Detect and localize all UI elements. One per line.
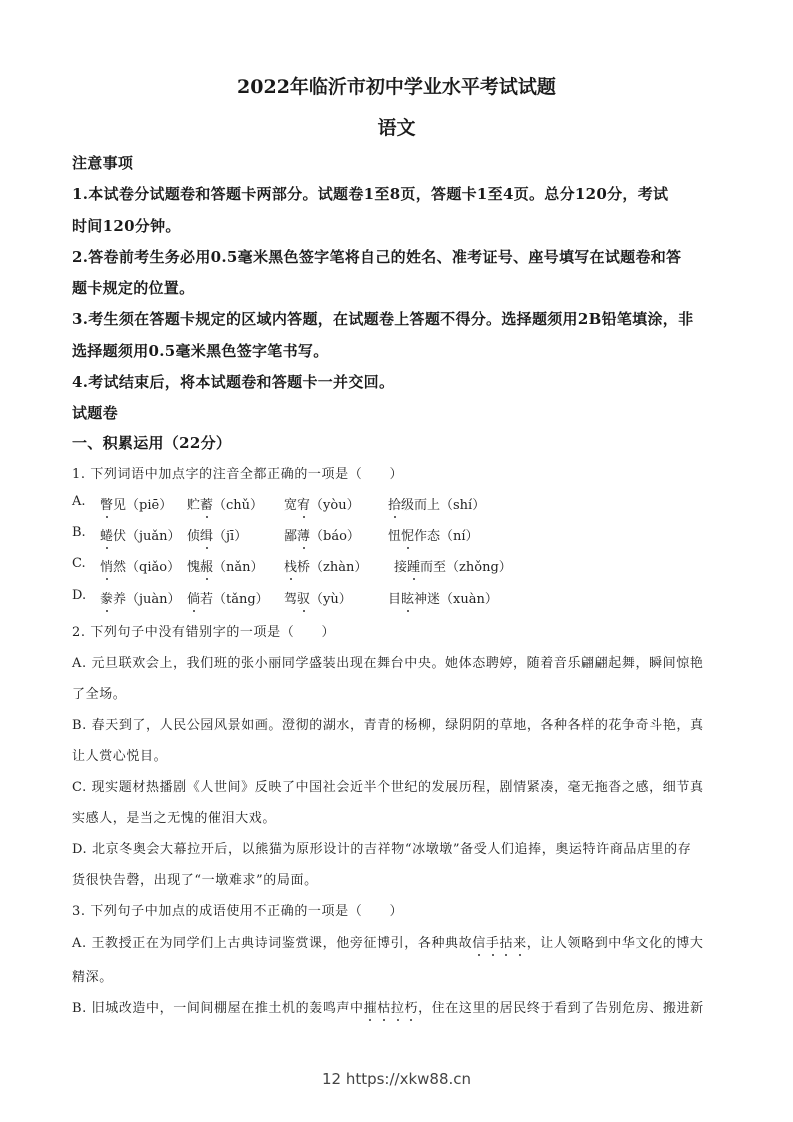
- emphasis-char: 蓄: [200, 498, 213, 513]
- q1-option-term: 贮蓄（chǔ）: [187, 494, 263, 513]
- emphasis-char: 眩: [401, 592, 414, 607]
- q3-option-a-line-1: A. 王教授正在为同学们上古典诗词鉴赏课，他旁征博引，各种典故信手拈来，让人领略…: [72, 932, 704, 951]
- emphasis-char: 朽: [404, 1001, 418, 1016]
- q3-option-b-idiom: 摧枯拉朽: [364, 1001, 418, 1016]
- emphasis-char: 拉: [391, 1001, 405, 1016]
- q2-option-c-line-2: 实感人，是当之无愧的催泪大戏。: [72, 807, 276, 826]
- q2-option-a-line-1: A. 元旦联欢会上，我们班的张小丽同学盛装出现在舞台中央。她体态聘婷，随着音乐翩…: [72, 652, 703, 671]
- q1-option-term: 侦缉（jī）: [187, 525, 247, 544]
- q2-option-d-line-1: D. 北京冬奥会大幕拉开后，以熊猫为原形设计的吉祥物“冰墩墩”备受人们追捧，奥运…: [72, 838, 691, 857]
- emphasis-char: 薄: [297, 529, 310, 544]
- emphasis-char: 驭: [297, 592, 310, 607]
- page-number: 12: [322, 1070, 341, 1088]
- q3-option-a-post: ，让人领略到中华文化的博大: [527, 936, 704, 951]
- q1-stem: 1. 下列词语中加点字的注音全都正确的一项是（ ）: [72, 463, 403, 482]
- emphasis-char: 来: [513, 936, 527, 951]
- paper-label: 试题卷: [72, 402, 118, 423]
- q2-option-b-line-1: B. 春天到了，人民公园风景如画。澄彻的湖水，青青的杨柳，绿阴阴的草地，各种各样…: [72, 714, 704, 733]
- emphasis-char: 拾: [388, 498, 401, 513]
- q2-option-c-line-1: C. 现实题材热播剧《人世间》反映了中国社会近半个世纪的发展历程，剧情紧凑，毫无…: [72, 776, 704, 795]
- emphasis-char: 蜷: [100, 529, 113, 544]
- q1-option-term: 驾驭（yù）: [284, 588, 352, 607]
- notice-item-2-line-1: 2.答卷前考生务必用0.5毫米黑色签字笔将自己的姓名、准考证号、座号填写在试题卷…: [72, 246, 681, 267]
- q1-option-term: 鄙薄（báo）: [284, 525, 360, 544]
- subject-title: 语文: [0, 113, 793, 140]
- q1-option-term: 悄然（qiǎo）: [100, 556, 180, 575]
- q3-option-b-pre: B. 旧城改造中，一间间棚屋在推土机的轰鸣声中: [72, 1001, 364, 1016]
- q2-option-d-line-2: 货很快告磬，出现了“一墩难求”的局面。: [72, 869, 318, 888]
- exam-page: 2022年临沂市初中学业水平考试试题 语文 注意事项 1.本试卷分试题卷和答题卡…: [0, 0, 793, 1122]
- notice-heading: 注意事项: [72, 152, 133, 173]
- q1-option-term: 豢养（juàn）: [100, 588, 181, 607]
- q1-option-term: 愧赧（nǎn）: [187, 556, 264, 575]
- emphasis-char: 豢: [100, 592, 113, 607]
- q3-option-a-line-2: 精深。: [72, 966, 113, 985]
- emphasis-char: 栈: [284, 560, 297, 575]
- q1-option-term: 栈桥（zhàn）: [284, 556, 367, 575]
- q1-option-label: B.: [72, 525, 86, 540]
- q3-option-a-idiom: 信手拈来: [472, 936, 526, 951]
- emphasis-char: 缉: [200, 529, 213, 544]
- notice-item-1-line-2: 时间120分钟。: [72, 215, 181, 236]
- q1-option-term: 瞥见（piē）: [100, 494, 172, 513]
- q1-option-term: 忸怩作态（ní）: [388, 525, 479, 544]
- emphasis-char: 手: [486, 936, 500, 951]
- emphasis-char: 怩: [401, 529, 414, 544]
- q1-option-term: 拾级而上（shí）: [388, 494, 485, 513]
- emphasis-char: 赧: [200, 560, 213, 575]
- q1-option-term: 接踵而至（zhǒng）: [394, 556, 512, 575]
- emphasis-char: 倘: [187, 592, 200, 607]
- q3-option-b-line-1: B. 旧城改造中，一间间棚屋在推土机的轰鸣声中摧枯拉朽，住在这里的居民终于看到了…: [72, 997, 704, 1016]
- q1-option-term: 倘若（tǎng）: [187, 588, 269, 607]
- emphasis-char: 摧: [364, 1001, 378, 1016]
- q1-option-label: D.: [72, 588, 86, 603]
- emphasis-char: 宥: [297, 498, 310, 513]
- emphasis-char: 拈: [499, 936, 513, 951]
- q3-stem: 3. 下列句子中加点的成语使用不正确的一项是（ ）: [72, 900, 403, 919]
- notice-item-4: 4.考试结束后，将本试题卷和答题卡一并交回。: [72, 371, 394, 392]
- emphasis-char: 瞥: [100, 498, 113, 513]
- q1-option-label: C.: [72, 556, 86, 571]
- q1-option-label: A.: [72, 494, 86, 509]
- section-heading: 一、积累运用（22分）: [72, 432, 231, 453]
- q1-option-term: 宽宥（yòu）: [284, 494, 360, 513]
- notice-item-3-line-1: 3.考生须在答题卡规定的区域内答题，在试题卷上答题不得分。选择题须用2B铅笔填涂…: [72, 308, 693, 329]
- footer-url[interactable]: https://xkw88.cn: [346, 1070, 471, 1088]
- q2-option-a-line-2: 了全场。: [72, 683, 126, 702]
- notice-item-1-line-1: 1.本试卷分试题卷和答题卡两部分。试题卷1至8页，答题卡1至4页。总分120分，…: [72, 183, 668, 204]
- notice-item-3-line-2: 选择题须用0.5毫米黑色签字笔书写。: [72, 340, 329, 361]
- q1-option-term: 蜷伏（juǎn）: [100, 525, 181, 544]
- q3-option-a-pre: A. 王教授正在为同学们上古典诗词鉴赏课，他旁征博引，各种典故: [72, 936, 472, 951]
- emphasis-char: 踵: [407, 560, 420, 575]
- emphasis-char: 信: [472, 936, 486, 951]
- q2-stem: 2. 下列句子中没有错别字的一项是（ ）: [72, 621, 335, 640]
- q1-option-term: 目眩神迷（xuàn）: [388, 588, 498, 607]
- page-footer: 12 https://xkw88.cn: [0, 1070, 793, 1088]
- emphasis-char: 悄: [100, 560, 113, 575]
- q3-option-b-post: ，住在这里的居民终于看到了告别危房、搬进新: [418, 1001, 704, 1016]
- notice-item-2-line-2: 题卡规定的位置。: [72, 277, 194, 298]
- emphasis-char: 枯: [377, 1001, 391, 1016]
- q2-option-b-line-2: 让人赏心悦目。: [72, 745, 167, 764]
- exam-title: 2022年临沂市初中学业水平考试试题: [0, 72, 793, 99]
